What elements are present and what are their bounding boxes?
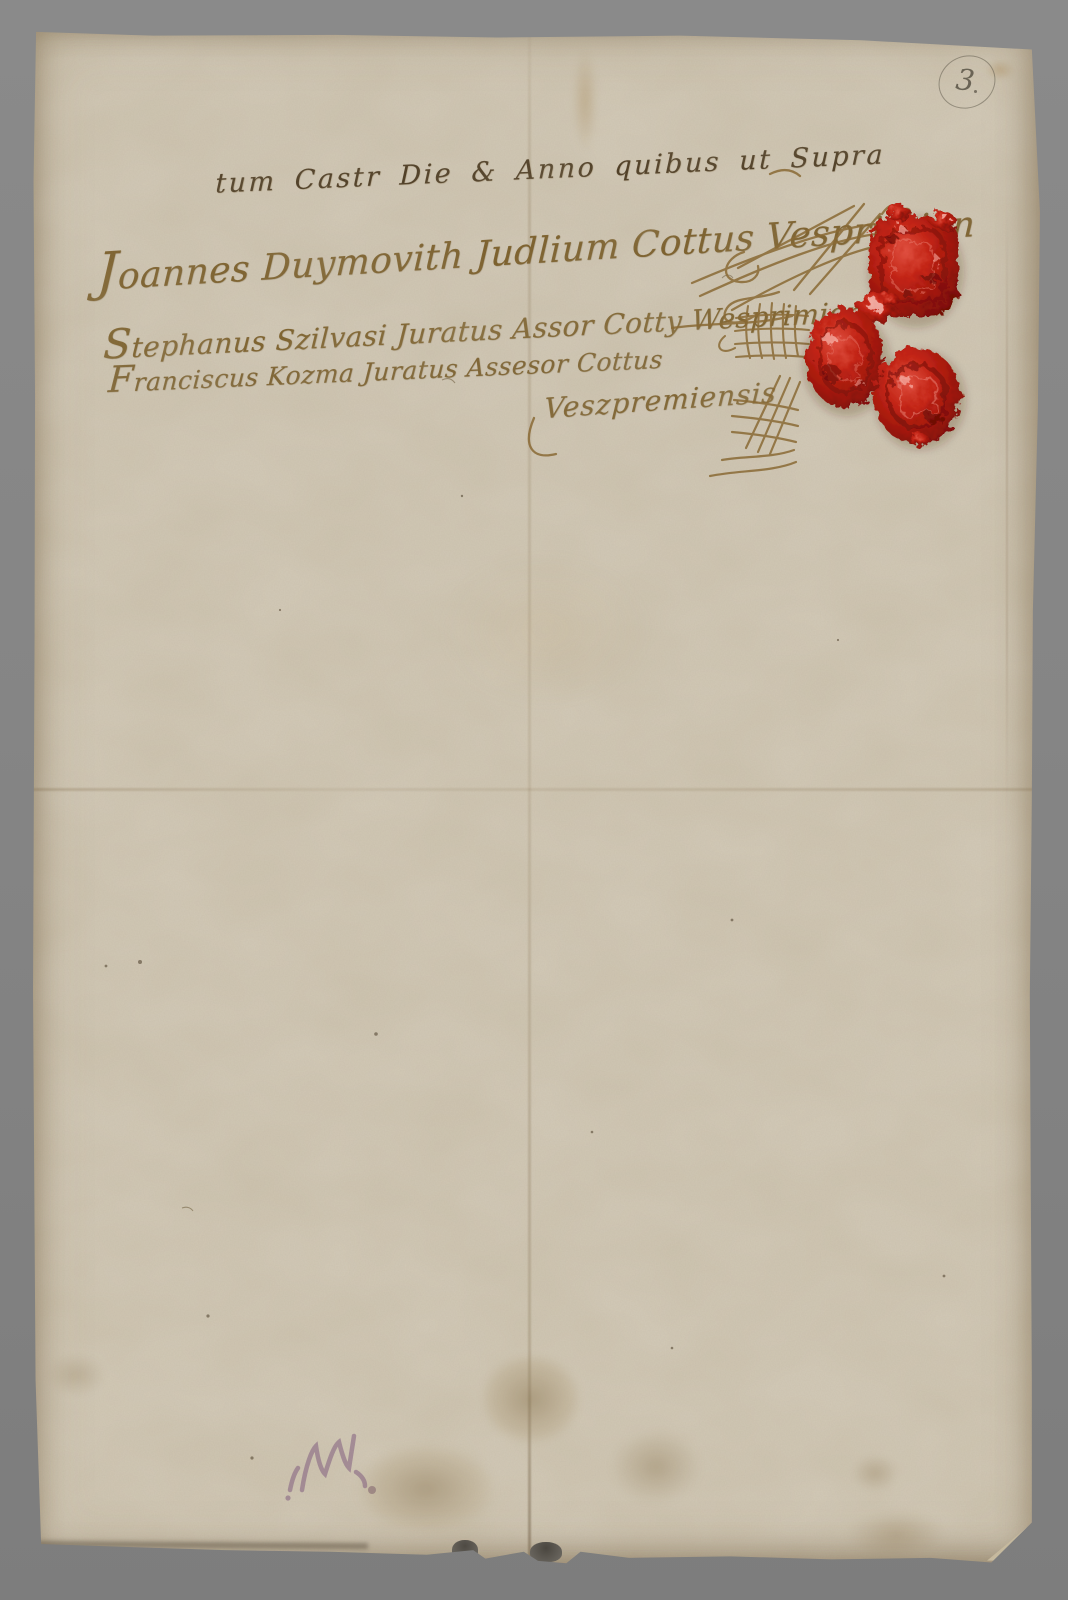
page-number-pencil-annotation: 3 xyxy=(938,56,996,108)
bottom-edge-tear-2 xyxy=(530,1542,562,1562)
ink-flourishes xyxy=(529,170,910,476)
photograph-backdrop: tum Castr Die & Anno quibus ut Supra Joa… xyxy=(0,0,1068,1600)
stain-bottom-left xyxy=(36,1346,116,1404)
fold-crease-horizontal xyxy=(32,788,1044,791)
paper-edge-shading xyxy=(32,28,1044,1564)
manuscript-page: tum Castr Die & Anno quibus ut Supra Joa… xyxy=(32,28,1044,1564)
signature-joannes-duymovith: Joannes Duymovith Judlium Cottus Vesprim… xyxy=(96,189,977,303)
signature-veszpremiensis: Veszpremiensis xyxy=(543,376,777,425)
paper-texture xyxy=(32,28,1044,1564)
manuscript-dating-clause: tum Castr Die & Anno quibus ut Supra xyxy=(215,139,886,199)
pencil-dot xyxy=(974,90,977,93)
wax-seal-2 xyxy=(806,308,884,408)
paper-specks xyxy=(105,275,946,1460)
wax-seal-3 xyxy=(874,348,960,446)
signature-franciscus-kozma: Franciscus Kozma Juratus Assesor Cottus xyxy=(107,334,665,401)
wax-seal-1 xyxy=(870,206,958,316)
stain-middle xyxy=(395,520,695,740)
folded-corner xyxy=(986,1518,1038,1562)
bottom-edge-tear-1 xyxy=(452,1540,478,1560)
stain-bottom-1 xyxy=(465,1340,597,1458)
wax-droplet xyxy=(857,293,899,322)
stain-bottom-4 xyxy=(830,1502,962,1568)
stain-bottom-2 xyxy=(335,1430,517,1548)
fold-crease-right-edge xyxy=(1006,208,1008,808)
stain-bottom-5 xyxy=(844,1448,906,1498)
stain-top-center xyxy=(568,30,602,170)
bottom-edge-shadow xyxy=(38,1541,368,1549)
seal-shadows xyxy=(803,216,966,450)
signature-stephanus-szilvasi: Stephanus Szilvasi Juratus Assor Cotty W… xyxy=(102,283,866,368)
fold-crease-vertical xyxy=(528,28,531,1564)
ink-and-wax-overlay xyxy=(32,28,1044,1564)
purple-ink-mark xyxy=(285,1436,376,1501)
stain-bottom-3 xyxy=(595,1418,717,1516)
